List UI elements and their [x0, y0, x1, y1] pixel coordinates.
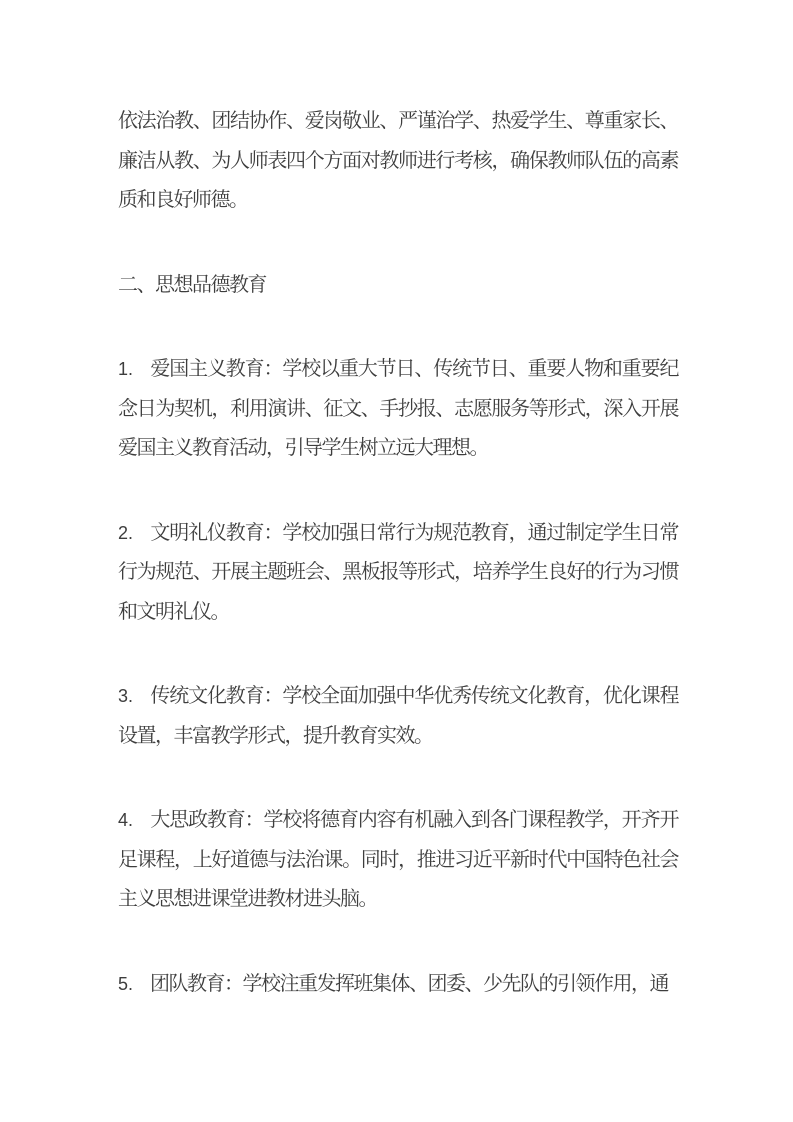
list-item-3-text: 传统文化教育：学校全面加强中华优秀传统文化教育，优化课程设置，丰富教学形式，提升…: [118, 685, 678, 747]
list-item-2-number: 2.: [118, 523, 133, 543]
list-item-3-number: 3.: [118, 686, 133, 706]
list-item-4-text: 大思政教育：学校将德育内容有机融入到各门课程教学，开齐开足课程，上好道德与法治课…: [118, 809, 678, 910]
list-item-3: 3.传统文化教育：学校全面加强中华优秀传统文化教育，优化课程设置，丰富教学形式，…: [118, 677, 678, 756]
intro-paragraph: 依法治教、团结协作、爱岗敬业、严谨治学、热爱学生、尊重家长、廉洁从教、为人师表四…: [118, 102, 678, 221]
section-heading: 二、思想品德教育: [118, 266, 678, 306]
document-page: 依法治教、团结协作、爱岗敬业、严谨治学、热爱学生、尊重家长、廉洁从教、为人师表四…: [0, 0, 793, 1122]
list-item-2: 2.文明礼仪教育：学校加强日常行为规范教育，通过制定学生日常行为规范、开展主题班…: [118, 514, 678, 633]
list-item-1-number: 1.: [118, 359, 133, 379]
list-item-2-text: 文明礼仪教育：学校加强日常行为规范教育，通过制定学生日常行为规范、开展主题班会、…: [118, 522, 678, 623]
list-item-5-text: 团队教育：学校注重发挥班集体、团委、少先队的引领作用，通: [150, 973, 668, 995]
list-item-5-number: 5.: [118, 974, 133, 994]
list-item-1-text: 爱国主义教育：学校以重大节日、传统节日、重要人物和重要纪念日为契机，利用演讲、征…: [118, 358, 678, 459]
list-item-4-number: 4.: [118, 810, 133, 830]
list-item-1: 1.爱国主义教育：学校以重大节日、传统节日、重要人物和重要纪念日为契机，利用演讲…: [118, 350, 678, 469]
list-item-4: 4.大思政教育：学校将德育内容有机融入到各门课程教学，开齐开足课程，上好道德与法…: [118, 801, 678, 920]
list-item-5: 5.团队教育：学校注重发挥班集体、团委、少先队的引领作用，通: [118, 965, 678, 1005]
